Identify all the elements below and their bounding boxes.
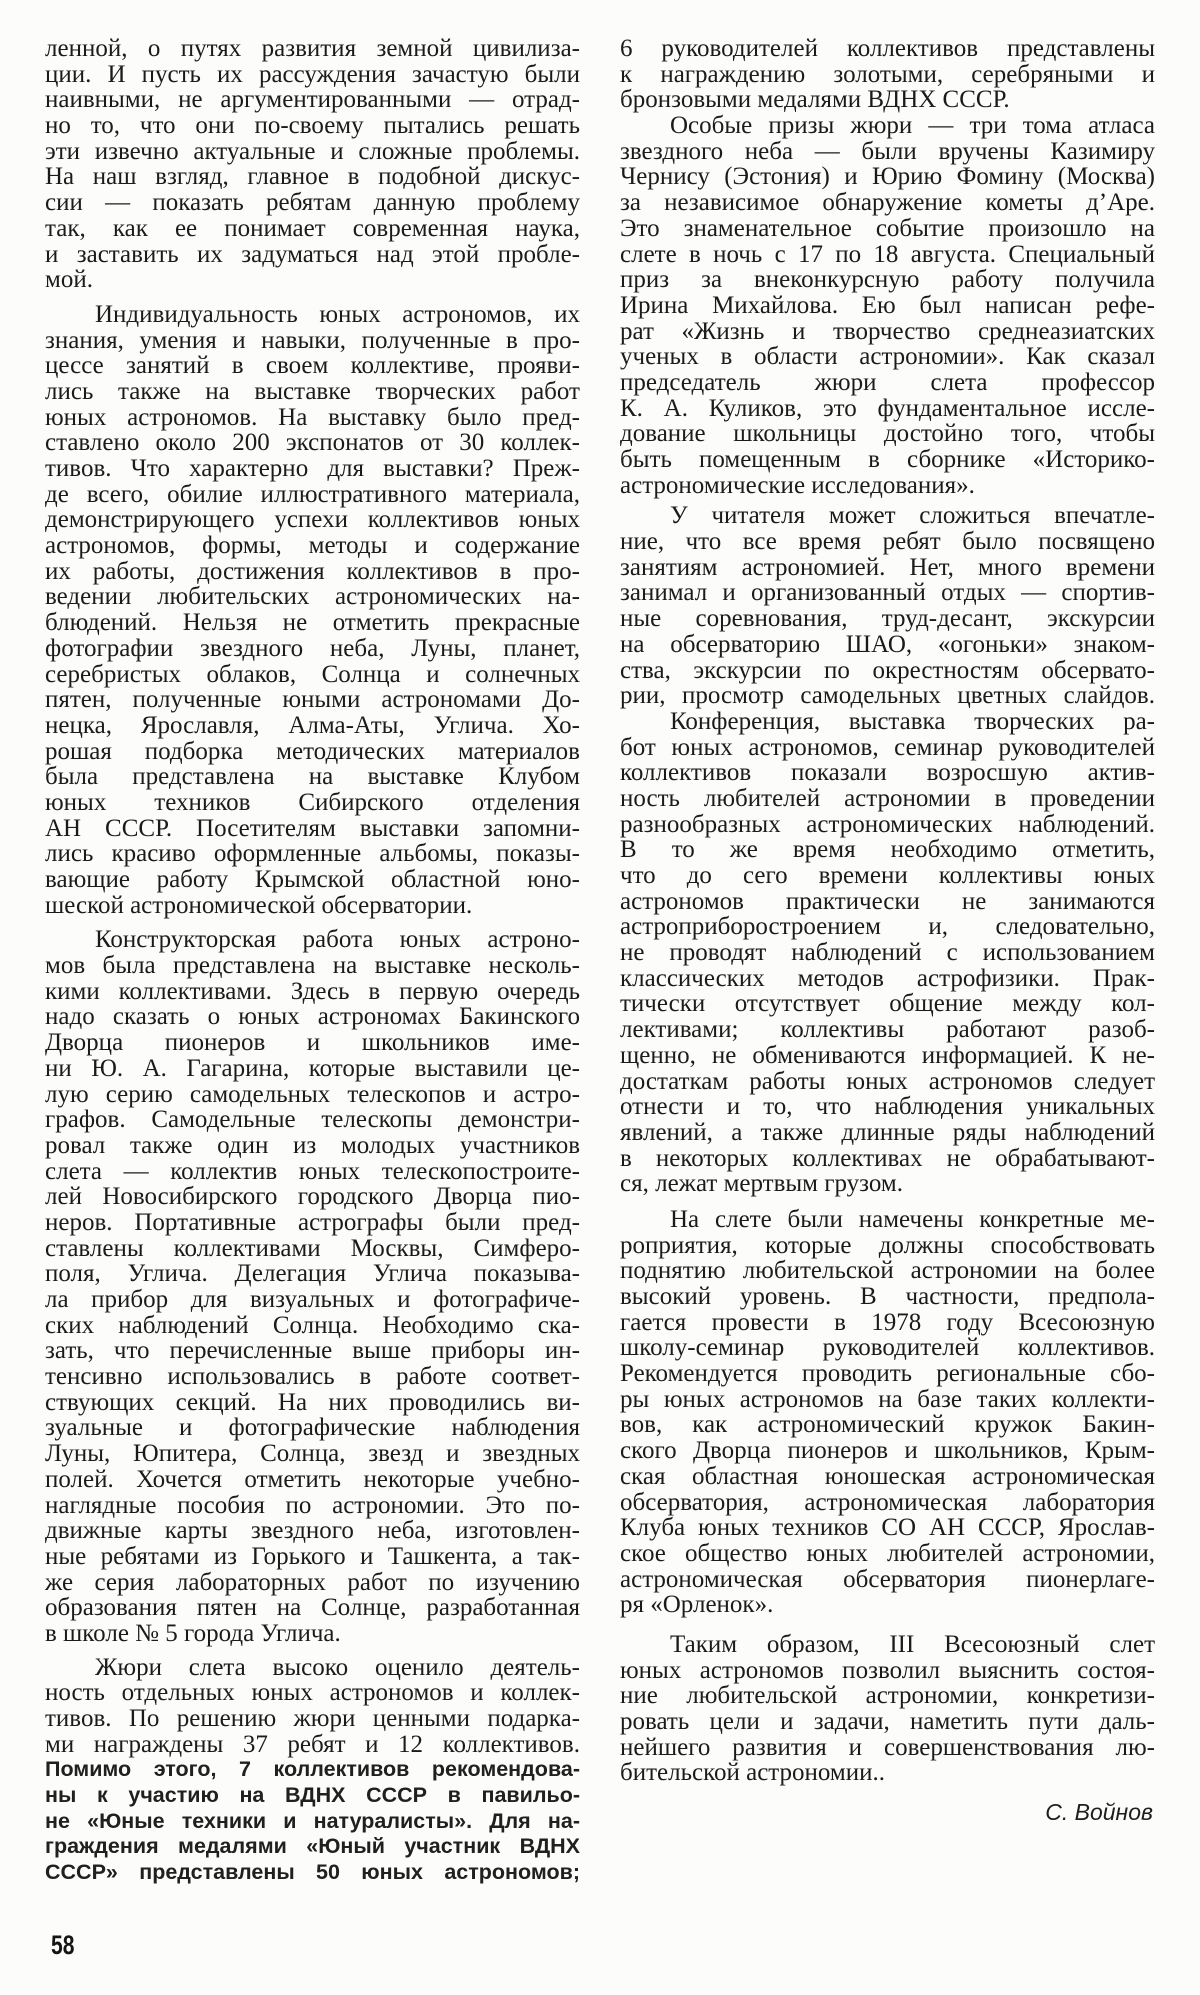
text-line: Особые призы жюри — три тома атласа xyxy=(620,113,1155,139)
text-line: ствующих секций. На них проводились ви- xyxy=(45,1390,580,1416)
text-line: ское общество юных любителей астрономии, xyxy=(620,1541,1155,1567)
text-line: к награждению золотыми, серебряными и xyxy=(620,62,1155,88)
text-line: что до сего времени коллективы юных xyxy=(620,863,1155,889)
text-line: ние, что все время ребят было посвящено xyxy=(620,529,1155,555)
text-line: так, как ее понимает современная наука, xyxy=(45,216,580,242)
text-line: не проводят наблюдений с использованием xyxy=(620,940,1155,966)
text-line: ведении любительских астрономических на- xyxy=(45,584,580,610)
text-line: Конференция, выставка творческих ра- xyxy=(620,709,1155,735)
text-line: коллективов показали возросшую актив- xyxy=(620,760,1155,786)
text-line: быть помещенным в сборнике «Историко- xyxy=(620,447,1155,473)
text-line: была представлена на выставке Клубом xyxy=(45,764,580,790)
text-line: вов, как астрономический кружок Бакин- xyxy=(620,1412,1155,1438)
paragraph: Жюри слета высоко оценило деятель- ность… xyxy=(45,1655,580,1886)
text-line: ученых в области астрономии». Как сказал xyxy=(620,344,1155,370)
text-line: Это знаменательное событие произошло на xyxy=(620,216,1155,242)
text-line: ность отдельных юных астрономов и коллек… xyxy=(45,1680,580,1706)
text-line: ровать цели и задачи, наметить пути даль… xyxy=(620,1709,1155,1735)
text-line: Дворца пионеров и школьников име- xyxy=(45,1030,580,1056)
text-line: ции. И пусть их рассуждения зачастую был… xyxy=(45,62,580,88)
text-line: К. А. Куликов, это фундаментальное иссле… xyxy=(620,396,1155,422)
text-line: лись красиво оформленные альбомы, показы… xyxy=(45,841,580,867)
text-line: граждения медалями «Юный участник ВДНХ xyxy=(45,1834,580,1860)
text-line: шеской астрономической обсерватории. xyxy=(45,893,580,919)
text-line: неров. Портативные астрографы были пред- xyxy=(45,1210,580,1236)
text-line: 6 руководителей коллективов представлены xyxy=(620,36,1155,62)
text-line: обсерватория, астрономическая лаборатори… xyxy=(620,1490,1155,1516)
text-line: высокий уровень. В частности, предпола- xyxy=(620,1284,1155,1310)
text-line: ла прибор для визуальных и фотографиче- xyxy=(45,1287,580,1313)
paragraph: Конференция, выставка творческих ра- бот… xyxy=(620,709,1155,1197)
text-line: слете в ночь с 17 по 18 августа. Специал… xyxy=(620,242,1155,268)
text-line: наивными, не аргументированными — отрад- xyxy=(45,87,580,113)
text-line: юных астрономов. На выставку было пред- xyxy=(45,405,580,431)
text-line: Луны, Юпитера, Солнца, звезд и звездных xyxy=(45,1441,580,1467)
text-line: фотографии звездного неба, Луны, планет, xyxy=(45,636,580,662)
text-line: лей Новосибирского городского Дворца пио… xyxy=(45,1184,580,1210)
page-number: 58 xyxy=(51,1930,74,1960)
text-line: дование школьницы достойно того, чтобы xyxy=(620,421,1155,447)
text-line: астрономов, формы, методы и содержание xyxy=(45,533,580,559)
text-line: Жюри слета высоко оценило деятель- xyxy=(45,1655,580,1681)
text-line: тивов. По решению жюри ценными подарка- xyxy=(45,1706,580,1732)
text-line: Клуба юных техников СО АН СССР, Ярослав- xyxy=(620,1515,1155,1541)
text-line: АН СССР. Посетителям выставки запомни- xyxy=(45,816,580,842)
text-line: ских наблюдений Солнца. Необходимо ска- xyxy=(45,1313,580,1339)
text-line: серебристых облаков, Солнца и солнечных xyxy=(45,662,580,688)
text-line: астроприборостроением и, следовательно, xyxy=(620,914,1155,940)
text-line: занятиям астрономией. Нет, много времени xyxy=(620,555,1155,581)
text-line: наглядные пособия по астрономии. Это по- xyxy=(45,1493,580,1519)
text-line: отнести и то, что наблюдения уникальных xyxy=(620,1094,1155,1120)
text-line: юных астрономов позволил выяснить состоя… xyxy=(620,1658,1155,1684)
text-line: их работы, достижения коллективов в про- xyxy=(45,559,580,585)
text-line: приз за внеконкурсную работу получила xyxy=(620,267,1155,293)
text-line: ская областная юношеская астрономическая xyxy=(620,1464,1155,1490)
text-line: астрономическая обсерватория пионерлаге- xyxy=(620,1567,1155,1593)
text-line: астрономов практически не занимаются xyxy=(620,889,1155,915)
text-line: На наш взгляд, главное в подобной дискус… xyxy=(45,164,580,190)
text-line: вающие работу Крымской областной юно- xyxy=(45,867,580,893)
text-line: бительской астрономии.. xyxy=(620,1760,1155,1786)
text-line: ность любителей астрономии в проведении xyxy=(620,786,1155,812)
paragraph: Индивидуальность юных астрономов, их зна… xyxy=(45,302,580,919)
text-line: разнообразных астрономических наблюдений… xyxy=(620,812,1155,838)
text-line: Чернису (Эстония) и Юрию Фомину (Москва) xyxy=(620,164,1155,190)
text-line: ленной, о путях развития земной цивилиза… xyxy=(45,36,580,62)
text-line: классических методов астрофизики. Прак- xyxy=(620,966,1155,992)
right-column: 6 руководителей коллективов представлены… xyxy=(620,36,1155,1786)
text-line: на обсерваторию ШАО, «огоньки» знаком- xyxy=(620,632,1155,658)
text-line: надо сказать о юных астрономах Бакинског… xyxy=(45,1004,580,1030)
text-line: мов была представлена на выставке нескол… xyxy=(45,953,580,979)
text-line: образования пятен на Солнце, разработанн… xyxy=(45,1595,580,1621)
text-line: зать, что перечисленные выше приборы ин- xyxy=(45,1338,580,1364)
text-line: председатель жюри слета профессор xyxy=(620,370,1155,396)
text-line: в некоторых коллективах не обрабатывают- xyxy=(620,1146,1155,1172)
text-line: не «Юные техники и натуралисты». Для на- xyxy=(45,1809,580,1835)
text-line: ры юных астрономов на базе таких коллект… xyxy=(620,1387,1155,1413)
text-line: занимал и организованный отдых — спортив… xyxy=(620,580,1155,606)
left-column: ленной, о путях развития земной цивилиза… xyxy=(45,36,580,1886)
text-line: У читателя может сложиться впечатле- xyxy=(620,503,1155,529)
text-line: На слете были намечены конкретные ме- xyxy=(620,1207,1155,1233)
text-line: ся, лежат мертвым грузом. xyxy=(620,1171,1155,1197)
text-line: блюдений. Нельзя не отметить прекрасные xyxy=(45,610,580,636)
text-line: лективами; коллективы работают разоб- xyxy=(620,1017,1155,1043)
text-line: но то, что они по-своему пытались решать xyxy=(45,113,580,139)
text-line: за независимое обнаружение кометы д’Аре. xyxy=(620,190,1155,216)
paragraph: 6 руководителей коллективов представлены… xyxy=(620,36,1155,113)
paragraph: ленной, о путях развития земной цивилиза… xyxy=(45,36,580,293)
text-line: ства, экскурсии по окрестностям обсерват… xyxy=(620,658,1155,684)
paragraph: Особые призы жюри — три тома атласа звез… xyxy=(620,113,1155,498)
text-line: ставлено около 200 экспонатов от 30 колл… xyxy=(45,430,580,456)
text-line: же серия лабораторных работ по изучению xyxy=(45,1570,580,1596)
text-line: ми награждены 37 ребят и 12 коллективов. xyxy=(45,1732,580,1758)
text-line: слета — коллектив юных телескопостроите- xyxy=(45,1159,580,1185)
paragraph: На слете были намечены конкретные ме- ро… xyxy=(620,1207,1155,1618)
text-line: зуальные и фотографические наблюдения xyxy=(45,1415,580,1441)
text-line: щенно, не обмениваются информацией. К не… xyxy=(620,1043,1155,1069)
text-line: гается провести в 1978 году Всесоюзную xyxy=(620,1310,1155,1336)
text-line: ря «Орленок». xyxy=(620,1592,1155,1618)
text-line: цессе занятий в своем коллективе, прояви… xyxy=(45,353,580,379)
text-line: Помимо этого, 7 коллективов рекомендова- xyxy=(45,1757,580,1783)
text-line: в школе № 5 города Углича. xyxy=(45,1621,580,1647)
text-line: поднятию любительской астрономии на боле… xyxy=(620,1258,1155,1284)
text-line: ставлены коллективами Москвы, Симферо- xyxy=(45,1236,580,1262)
text-line: бронзовыми медалями ВДНХ СССР. xyxy=(620,87,1155,113)
text-line: Конструкторская работа юных астроно- xyxy=(45,927,580,953)
text-line: школу-семинар руководителей коллективов. xyxy=(620,1335,1155,1361)
text-line: ровал также один из молодых участников xyxy=(45,1133,580,1159)
text-line: де всего, обилие иллюстративного материа… xyxy=(45,482,580,508)
text-line: юных техников Сибирского отделения xyxy=(45,790,580,816)
text-line: демонстрирующего успехи коллективов юных xyxy=(45,507,580,533)
text-line: графов. Самодельные телескопы демонстри- xyxy=(45,1107,580,1133)
text-line: знания, умения и навыки, полученные в пр… xyxy=(45,328,580,354)
text-line: рат «Жизнь и творчество среднеазиатских xyxy=(620,319,1155,345)
text-line: Индивидуальность юных астрономов, их xyxy=(45,302,580,328)
text-line: нецка, Ярославля, Алма-Аты, Углича. Хо- xyxy=(45,713,580,739)
text-line: полей. Хочется отметить некоторые учебно… xyxy=(45,1467,580,1493)
text-line: кими коллективами. Здесь в первую очеред… xyxy=(45,979,580,1005)
text-line: тически отсутствует общение между кол- xyxy=(620,991,1155,1017)
text-line: ского Дворца пионеров и школьников, Крым… xyxy=(620,1438,1155,1464)
text-line: звездного неба — были вручены Казимиру xyxy=(620,139,1155,165)
text-line: роприятия, которые должны способствовать xyxy=(620,1233,1155,1259)
text-line: СССР» представлены 50 юных астрономов; xyxy=(45,1860,580,1886)
text-line: тенсивно использовались в работе соответ… xyxy=(45,1364,580,1390)
text-line: бот юных астрономов, семинар руководител… xyxy=(620,735,1155,761)
text-line: лую серию самодельных телескопов и астро… xyxy=(45,1082,580,1108)
paragraph: У читателя может сложиться впечатле- ние… xyxy=(620,503,1155,709)
text-line: лись также на выставке творческих работ xyxy=(45,379,580,405)
text-line: рошая подборка методических материалов xyxy=(45,739,580,765)
author-signature: С. Войнов xyxy=(1045,1797,1153,1827)
text-line: ны к участию на ВДНХ СССР в павильо- xyxy=(45,1783,580,1809)
text-line: мой. xyxy=(45,267,580,293)
text-line: тивов. Что характерно для выставки? Преж… xyxy=(45,456,580,482)
text-line: рии, просмотр самодельных цветных слайдо… xyxy=(620,683,1155,709)
text-line: В то же время необходимо отметить, xyxy=(620,837,1155,863)
paragraph: Таким образом, III Всесоюзный слет юных … xyxy=(620,1632,1155,1786)
text-line: поля, Углича. Делегация Углича показыва- xyxy=(45,1261,580,1287)
text-line: и заставить их задуматься над этой пробл… xyxy=(45,242,580,268)
text-line: движные карты звездного неба, изготовлен… xyxy=(45,1518,580,1544)
text-line: ные соревнования, труд-десант, экскурсии xyxy=(620,606,1155,632)
text-line: ные ребятами из Горького и Ташкента, а т… xyxy=(45,1544,580,1570)
text-line: ние любительской астрономии, конкретизи- xyxy=(620,1683,1155,1709)
text-line: Ирина Михайлова. Ею был написан рефе- xyxy=(620,293,1155,319)
text-line: Рекомендуется проводить региональные сбо… xyxy=(620,1361,1155,1387)
text-line: Таким образом, III Всесоюзный слет xyxy=(620,1632,1155,1658)
text-line: астрономические исследования». xyxy=(620,473,1155,499)
text-line: достаткам работы юных астрономов следует xyxy=(620,1069,1155,1095)
text-line: ни Ю. А. Гагарина, которые выставили це- xyxy=(45,1056,580,1082)
paragraph: Конструкторская работа юных астроно- мов… xyxy=(45,927,580,1646)
text-line: нейшего развития и совершенствования лю- xyxy=(620,1735,1155,1761)
text-line: явлений, а также длинные ряды наблюдений xyxy=(620,1120,1155,1146)
text-line: эти извечно актуальные и сложные проблем… xyxy=(45,139,580,165)
text-line: сии — показать ребятам данную проблему xyxy=(45,190,580,216)
text-line: пятен, полученные юными астрономами До- xyxy=(45,687,580,713)
